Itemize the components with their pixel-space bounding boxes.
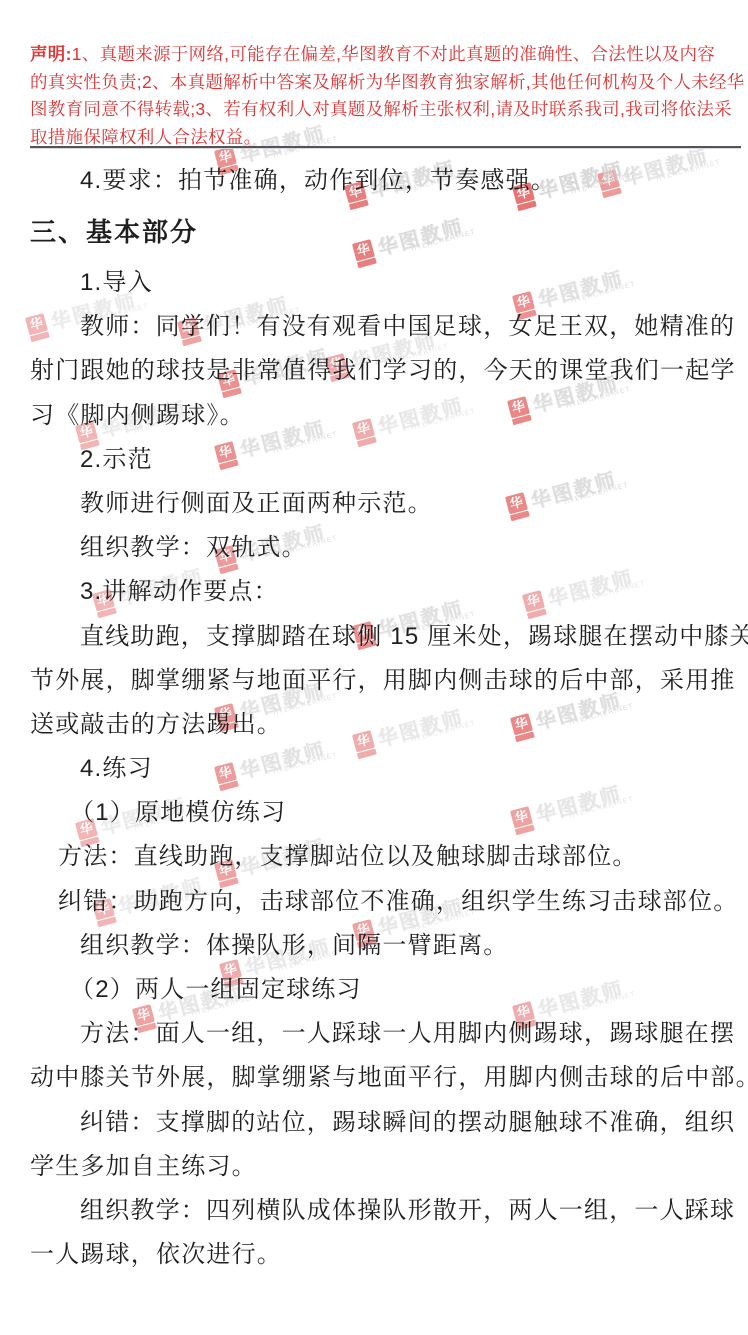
doc-line: 组织教学：体操队形，间隔一臂距离。: [30, 924, 742, 968]
doc-line: 组织教学：四列横队成体操队形散开，两人一组，一人踩球: [30, 1189, 742, 1233]
doc-line: 学生多加自主练习。: [30, 1145, 742, 1189]
doc-line: 动中膝关节外展，脚掌绷紧与地面平行，用脚内侧击球的后中部。: [30, 1056, 742, 1100]
doc-line: 教师进行侧面及正面两种示范。: [30, 482, 742, 526]
doc-line: 节外展，脚掌绷紧与地面平行，用脚内侧击球的后中部，采用推: [30, 659, 742, 703]
disclaimer-label: 声明:: [30, 44, 72, 64]
disclaimer-line: 声明:1、真题来源于网络,可能存在偏差,华图教育不对此真题的准确性、合法性以及内…: [30, 41, 742, 69]
doc-line: 纠错：支撑脚的站位，踢球瞬间的摆动腿触球不准确，组织: [30, 1101, 742, 1145]
section-heading: 三、基本部分: [30, 204, 742, 261]
doc-line: （1）原地模仿练习: [30, 791, 742, 835]
doc-line: 方法：面人一组，一人踩球一人用脚内侧踢球，踢球腿在摆: [30, 1012, 742, 1056]
doc-line: 纠错：助跑方向，击球部位不准确，组织学生练习击球部位。: [30, 880, 742, 924]
doc-line: （2）两人一组固定球练习: [30, 968, 742, 1012]
doc-line: 4.练习: [30, 747, 742, 791]
doc-line: 教师：同学们！有没有观看中国足球，女足王双，她精准的: [30, 305, 742, 349]
doc-line: 3.讲解动作要点：: [30, 570, 742, 614]
disclaimer-line: 的真实性负责;2、本真题解析中答案及解析为华图教育独家解析,其他任何机构及个人未…: [30, 69, 742, 97]
doc-line: 2.示范: [30, 438, 742, 482]
document-page: 华华图教师HTEACHER.NET华华图教师HTEACHER.NET华华图教师H…: [0, 0, 748, 1335]
doc-line: 送或敲击的方法踢出。: [30, 703, 742, 747]
doc-line: 射门跟她的球技是非常值得我们学习的，今天的课堂我们一起学: [30, 349, 742, 393]
doc-line: 习《脚内侧踢球》。: [30, 394, 742, 438]
lesson-plan-content: 4.要求：拍节准确，动作到位，节奏感强。三、基本部分1.导入教师：同学们！有没有…: [30, 158, 742, 1277]
disclaimer-text: 1、真题来源于网络,可能存在偏差,华图教育不对此真题的准确性、合法性以及内容: [72, 44, 715, 64]
disclaimer-line: 图教育同意不得转载;3、若有权利人对真题及解析主张权利,请及时联系我司,我司将依…: [30, 96, 742, 124]
doc-line: 组织教学：双轨式。: [30, 526, 742, 570]
doc-line: 4.要求：拍节准确，动作到位，节奏感强。: [30, 158, 742, 204]
doc-line: 一人踢球，依次进行。: [30, 1233, 742, 1277]
disclaimer: 声明:1、真题来源于网络,可能存在偏差,华图教育不对此真题的准确性、合法性以及内…: [30, 41, 742, 151]
doc-line: 直线助跑，支撑脚踏在球侧 15 厘米处，踢球腿在摆动中膝关: [30, 615, 742, 659]
doc-line: 方法：直线助跑，支撑脚站位以及触球脚击球部位。: [30, 835, 742, 879]
divider: [30, 146, 741, 149]
doc-line: 1.导入: [30, 261, 742, 305]
